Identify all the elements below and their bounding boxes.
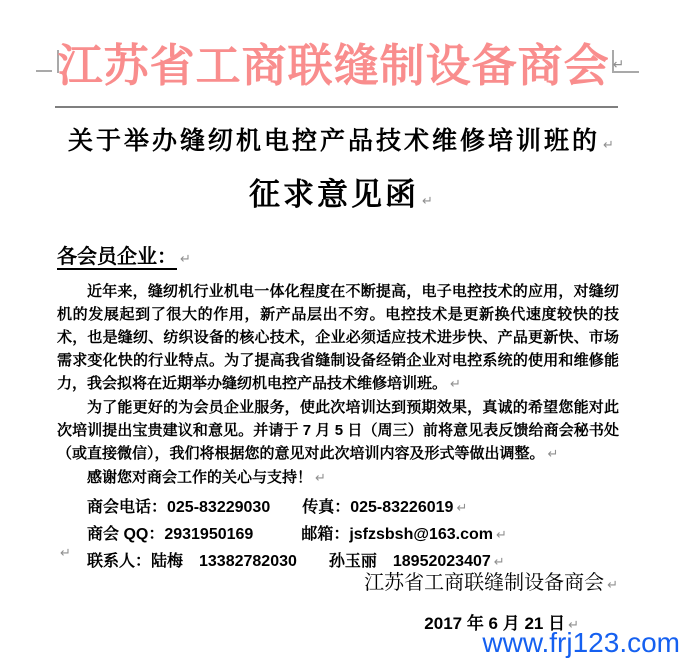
pilcrow-icon: ↵ [613,33,625,97]
paragraph-1-text: 近年来，缝纫机行业机电一体化程度在不断提高，电子电控技术的应用，对缝纫机的发展起… [57,283,619,392]
salutation-text: 各会员企业： [57,246,177,268]
pilcrow-icon: ↵ [603,127,614,165]
paragraph-2-text: 为了能更好的为会员企业服务，使此次培训达到预期效果，真诚的希望您能对此次培训提出… [57,399,619,462]
body-text-block: 近年来，缝纫机行业机电一体化程度在不断提高，电子电控技术的应用，对缝纫机的发展起… [57,280,619,576]
pilcrow-icon: ↵ [450,373,461,396]
pilcrow-icon: ↵ [607,572,618,600]
pilcrow-icon: ↵ [548,443,559,466]
paragraph-1: 近年来，缝纫机行业机电一体化程度在不断提高，电子电控技术的应用，对缝纫机的发展起… [57,280,619,396]
pilcrow-icon: ↵ [422,179,433,225]
signature-org: 江苏省工商联缝制设备商会↵ [364,569,618,600]
document-title-text: 征求意见函 [249,177,419,212]
pilcrow-icon: ↵ [496,523,507,549]
document-title: 征求意见函↵ [0,172,682,225]
contact-phone-fax-text: 商会电话：025-83229030 传真：025-83226019 [87,499,453,516]
pilcrow-icon: ↵ [456,496,467,522]
contact-line-phone-fax: 商会电话：025-83229030 传真：025-83226019↵ [87,495,619,522]
paragraph-2: 为了能更好的为会员企业服务，使此次培训达到预期效果，真诚的希望您能对此次培训提出… [57,396,619,466]
org-title-text: 江苏省工商联缝制设备商会 [58,41,610,91]
contact-persons-text: 联系人：陆梅 13382782030 孙玉丽 18952023407 [87,553,491,570]
paragraph-thanks-text: 感谢您对商会工作的关心与支持！ [87,469,312,486]
pilcrow-icon: ↵ [60,546,71,561]
signature-text: 江苏省工商联缝制设备商会 [364,572,604,594]
paragraph-thanks: 感谢您对商会工作的关心与支持！↵ [57,466,619,490]
masthead-divider-rule [55,106,618,108]
pilcrow-icon: ↵ [180,245,191,275]
watermark-text: www.frj123.com [482,627,680,658]
document-page: 江苏省工商联缝制设备商会↵ 关于举办缝纫机电控产品技术维修培训班的↵ 征求意见函… [0,0,682,658]
pilcrow-icon: ↵ [315,467,326,490]
org-masthead-title: 江苏省工商联缝制设备商会↵ [0,33,682,98]
contact-qq-email-text: 商会 QQ：2931950169 邮箱：jsfzsbsh@163.com [87,526,493,543]
salutation: 各会员企业：↵ [57,242,191,275]
contact-line-qq-email: 商会 QQ：2931950169 邮箱：jsfzsbsh@163.com↵ [87,522,619,549]
subject-line: 关于举办缝纫机电控产品技术维修培训班的↵ [0,123,682,165]
site-watermark: www.frj123.com [482,628,680,658]
empty-line: ↵ [57,544,71,562]
contact-info-block: 商会电话：025-83229030 传真：025-83226019↵ 商会 QQ… [57,495,619,576]
subject-text: 关于举办缝纫机电控产品技术维修培训班的 [68,128,600,155]
